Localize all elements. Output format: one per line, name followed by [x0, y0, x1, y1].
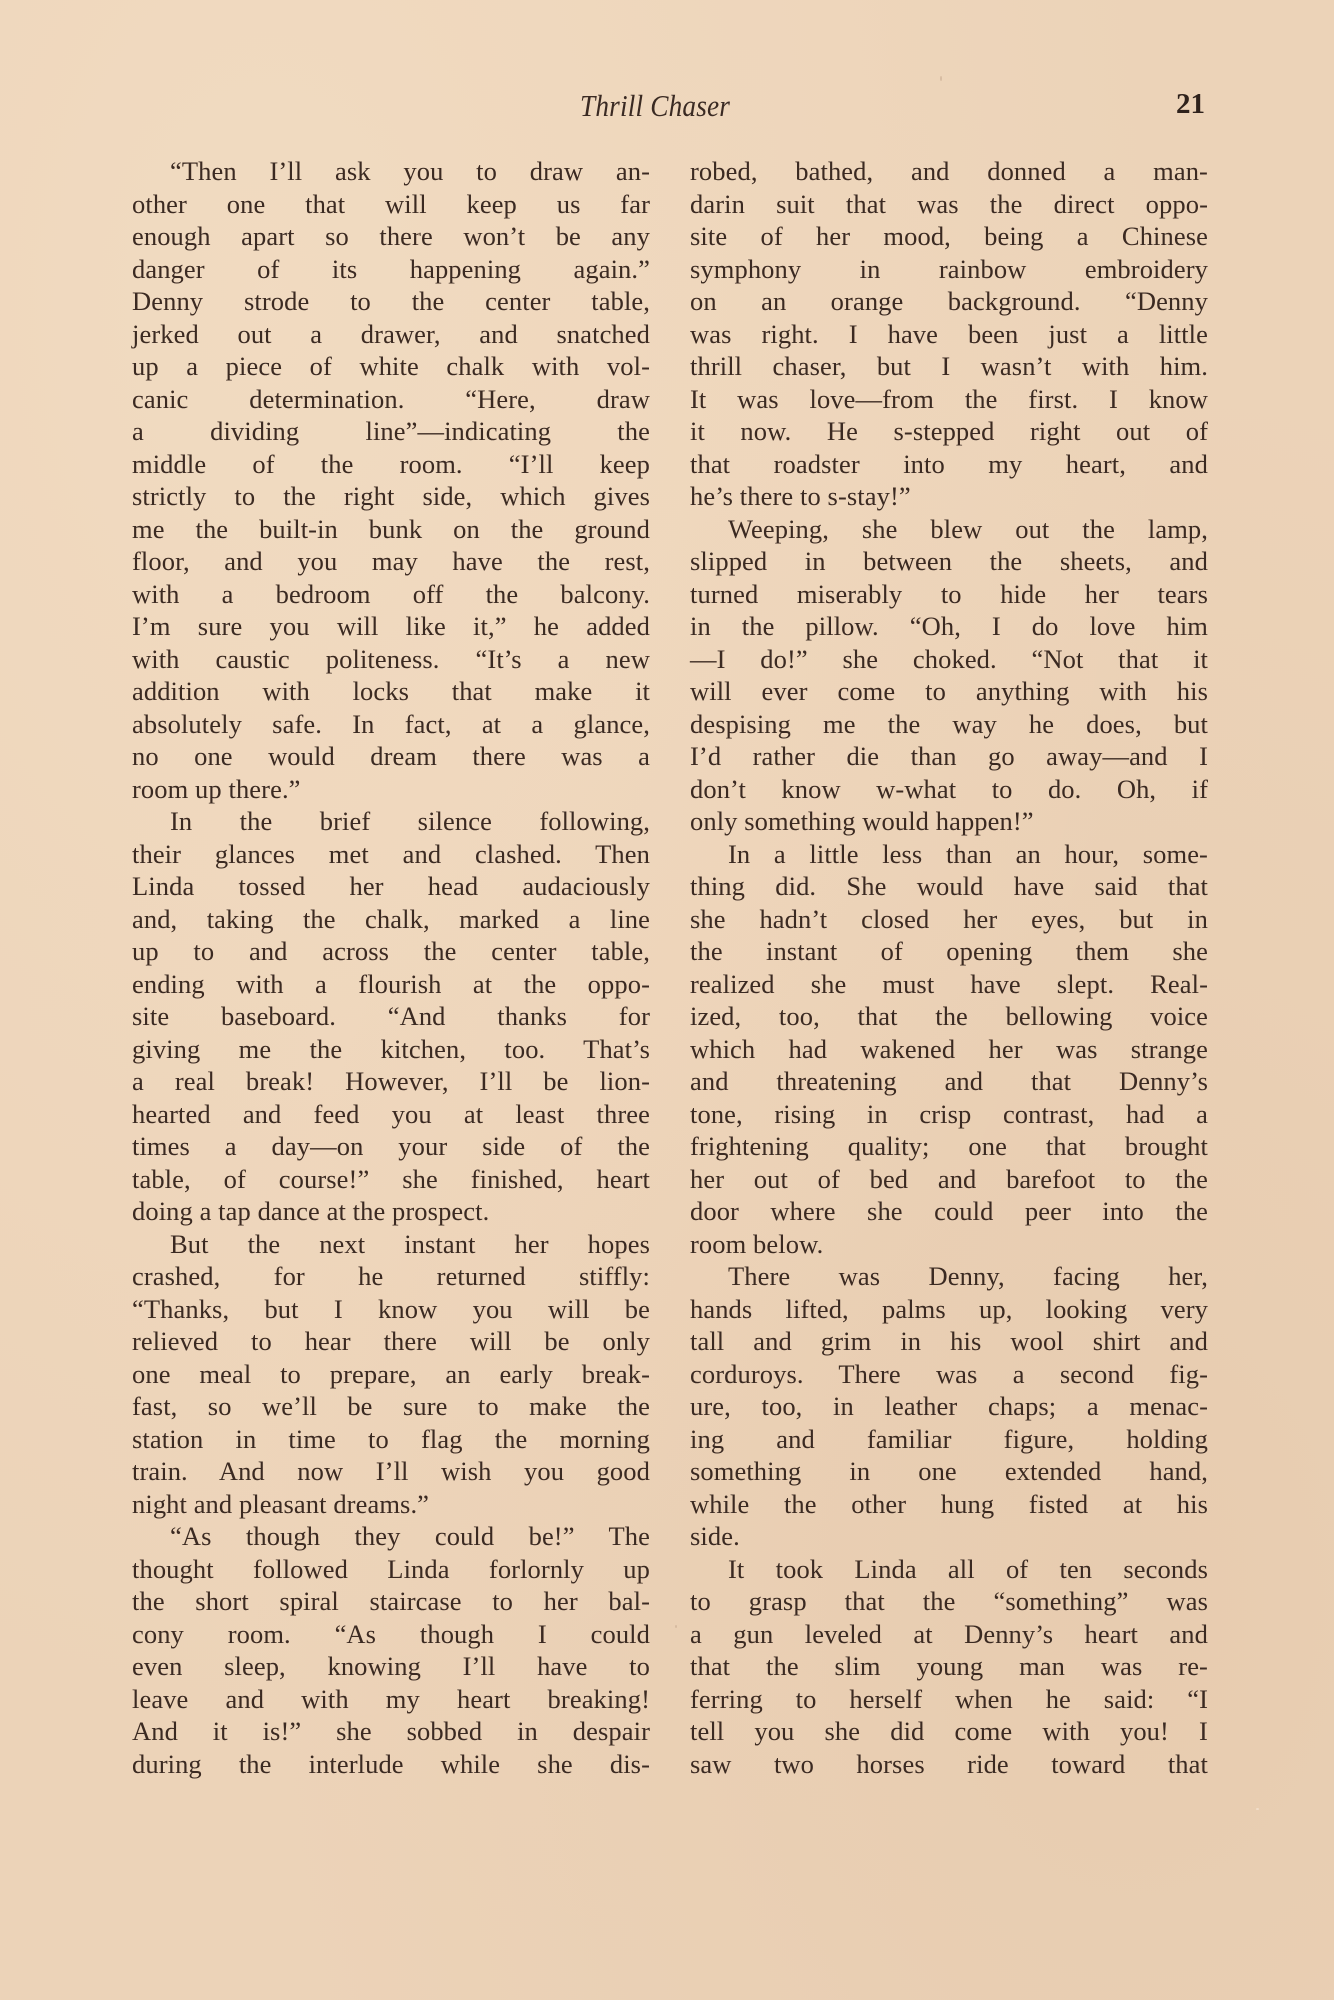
text-line: which had wakened her was strange	[690, 1033, 1208, 1066]
text-line: she hadn’t closed her eyes, but in	[690, 903, 1208, 936]
text-line: the instant of opening them she	[690, 935, 1208, 968]
text-line: thing did. She would have said that	[690, 870, 1208, 903]
text-line: to grasp that the “something” was	[690, 1585, 1208, 1618]
text-line: absolutely safe. In fact, at a glance,	[132, 708, 650, 741]
text-line: room up there.”	[132, 773, 650, 806]
text-line: turned miserably to hide her tears	[690, 578, 1208, 611]
text-line: leave and with my heart breaking!	[132, 1683, 650, 1716]
text-line: fast, so we’ll be sure to make the	[132, 1390, 650, 1423]
text-line: site baseboard. “And thanks for	[132, 1000, 650, 1033]
text-line: don’t know w-what to do. Oh, if	[690, 773, 1208, 806]
text-line: only something would happen!”	[690, 805, 1208, 838]
text-line: danger of its happening again.”	[132, 253, 650, 286]
text-line: no one would dream there was a	[132, 740, 650, 773]
text-line: door where she could peer into the	[690, 1195, 1208, 1228]
text-line: It was love—from the first. I know	[690, 383, 1208, 416]
text-line: corduroys. There was a second fig-	[690, 1358, 1208, 1391]
paper-speck	[1256, 1808, 1259, 1810]
paper-speck	[418, 233, 420, 236]
text-line: canic determination. “Here, draw	[132, 383, 650, 416]
text-line: saw two horses ride toward that	[690, 1748, 1208, 1781]
text-line: with caustic politeness. “It’s a new	[132, 643, 650, 676]
text-line: Linda tossed her head audaciously	[132, 870, 650, 903]
text-line: hands lifted, palms up, looking very	[690, 1293, 1208, 1326]
text-line: while the other hung fisted at his	[690, 1488, 1208, 1521]
text-line: In a little less than an hour, some-	[690, 838, 1208, 871]
text-line: —I do!” she choked. “Not that it	[690, 643, 1208, 676]
text-line: tell you she did come with you! I	[690, 1715, 1208, 1748]
text-line: he’s there to s-stay!”	[690, 480, 1208, 513]
text-line: table, of course!” she finished, heart	[132, 1163, 650, 1196]
text-line: ized, too, that the bellowing voice	[690, 1000, 1208, 1033]
text-line: side.	[690, 1520, 1208, 1553]
text-line: thrill chaser, but I wasn’t with him.	[690, 350, 1208, 383]
text-line: In the brief silence following,	[132, 805, 650, 838]
text-line: ferring to herself when he said: “I	[690, 1683, 1208, 1716]
text-line: There was Denny, facing her,	[690, 1260, 1208, 1293]
text-line: on an orange background. “Denny	[690, 285, 1208, 318]
text-line: slipped in between the sheets, and	[690, 545, 1208, 578]
text-line: relieved to hear there will be only	[132, 1325, 650, 1358]
text-line: It took Linda all of ten seconds	[690, 1553, 1208, 1586]
text-line: ing and familiar figure, holding	[690, 1423, 1208, 1456]
text-line: was right. I have been just a little	[690, 318, 1208, 351]
text-line: ending with a flourish at the oppo-	[132, 968, 650, 1001]
text-line: the short spiral staircase to her bal-	[132, 1585, 650, 1618]
text-line: tone, rising in crisp contrast, had a	[690, 1098, 1208, 1131]
text-line: I’d rather die than go away—and I	[690, 740, 1208, 773]
text-line: jerked out a drawer, and snatched	[132, 318, 650, 351]
text-line: room below.	[690, 1228, 1208, 1261]
text-line: times a day—on your side of the	[132, 1130, 650, 1163]
text-line: strictly to the right side, which gives	[132, 480, 650, 513]
text-line: up to and across the center table,	[132, 935, 650, 968]
text-line: realized she must have slept. Real-	[690, 968, 1208, 1001]
text-line: during the interlude while she dis-	[132, 1748, 650, 1781]
running-title: Thrill Chaser	[580, 88, 730, 124]
text-line: up a piece of white chalk with vol-	[132, 350, 650, 383]
text-line: in the pillow. “Oh, I do love him	[690, 610, 1208, 643]
text-line: hearted and feed you at least three	[132, 1098, 650, 1131]
text-line: thought followed Linda forlornly up	[132, 1553, 650, 1586]
text-line: site of her mood, being a Chinese	[690, 220, 1208, 253]
text-line: train. And now I’ll wish you good	[132, 1455, 650, 1488]
text-line: night and pleasant dreams.”	[132, 1488, 650, 1521]
text-line: enough apart so there won’t be any	[132, 220, 650, 253]
text-line: “As though they could be!” The	[132, 1520, 650, 1553]
text-line: And it is!” she sobbed in despair	[132, 1715, 650, 1748]
text-line: despising me the way he does, but	[690, 708, 1208, 741]
text-line: addition with locks that make it	[132, 675, 650, 708]
text-line: station in time to flag the morning	[132, 1423, 650, 1456]
text-line: robed, bathed, and donned a man-	[690, 155, 1208, 188]
text-line: doing a tap dance at the prospect.	[132, 1195, 650, 1228]
text-line: symphony in rainbow embroidery	[690, 253, 1208, 286]
text-column-right: robed, bathed, and donned a man-darin su…	[690, 155, 1208, 1780]
text-line: will ever come to anything with his	[690, 675, 1208, 708]
text-line: me the built-in bunk on the ground	[132, 513, 650, 546]
text-line: and threatening and that Denny’s	[690, 1065, 1208, 1098]
text-line: their glances met and clashed. Then	[132, 838, 650, 871]
text-line: that the slim young man was re-	[690, 1650, 1208, 1683]
text-line: with a bedroom off the balcony.	[132, 578, 650, 611]
text-line: something in one extended hand,	[690, 1455, 1208, 1488]
text-line: middle of the room. “I’ll keep	[132, 448, 650, 481]
text-column-left: “Then I’ll ask you to draw an-other one …	[132, 155, 650, 1780]
text-line: that roadster into my heart, and	[690, 448, 1208, 481]
text-line: one meal to prepare, an early break-	[132, 1358, 650, 1391]
text-line: Weeping, she blew out the lamp,	[690, 513, 1208, 546]
text-line: her out of bed and barefoot to the	[690, 1163, 1208, 1196]
text-line: and, taking the chalk, marked a line	[132, 903, 650, 936]
text-line: But the next instant her hopes	[132, 1228, 650, 1261]
text-line: tall and grim in his wool shirt and	[690, 1325, 1208, 1358]
text-line: a gun leveled at Denny’s heart and	[690, 1618, 1208, 1651]
text-line: Denny strode to the center table,	[132, 285, 650, 318]
text-line: other one that will keep us far	[132, 188, 650, 221]
page-number: 21	[1176, 88, 1205, 121]
text-line: it now. He s-stepped right out of	[690, 415, 1208, 448]
paper-speck	[675, 1625, 677, 1628]
text-line: even sleep, knowing I’ll have to	[132, 1650, 650, 1683]
paper-speck	[940, 76, 942, 81]
text-line: floor, and you may have the rest,	[132, 545, 650, 578]
text-line: ure, too, in leather chaps; a menac-	[690, 1390, 1208, 1423]
text-line: a real break! However, I’ll be lion-	[132, 1065, 650, 1098]
text-line: giving me the kitchen, too. That’s	[132, 1033, 650, 1066]
text-line: a dividing line”—indicating the	[132, 415, 650, 448]
text-line: darin suit that was the direct oppo-	[690, 188, 1208, 221]
book-page: Thrill Chaser 21 “Then I’ll ask you to d…	[0, 0, 1334, 2000]
text-line: “Thanks, but I know you will be	[132, 1293, 650, 1326]
text-line: cony room. “As though I could	[132, 1618, 650, 1651]
text-line: “Then I’ll ask you to draw an-	[132, 155, 650, 188]
text-line: frightening quality; one that brought	[690, 1130, 1208, 1163]
text-line: I’m sure you will like it,” he added	[132, 610, 650, 643]
text-line: crashed, for he returned stiffly:	[132, 1260, 650, 1293]
